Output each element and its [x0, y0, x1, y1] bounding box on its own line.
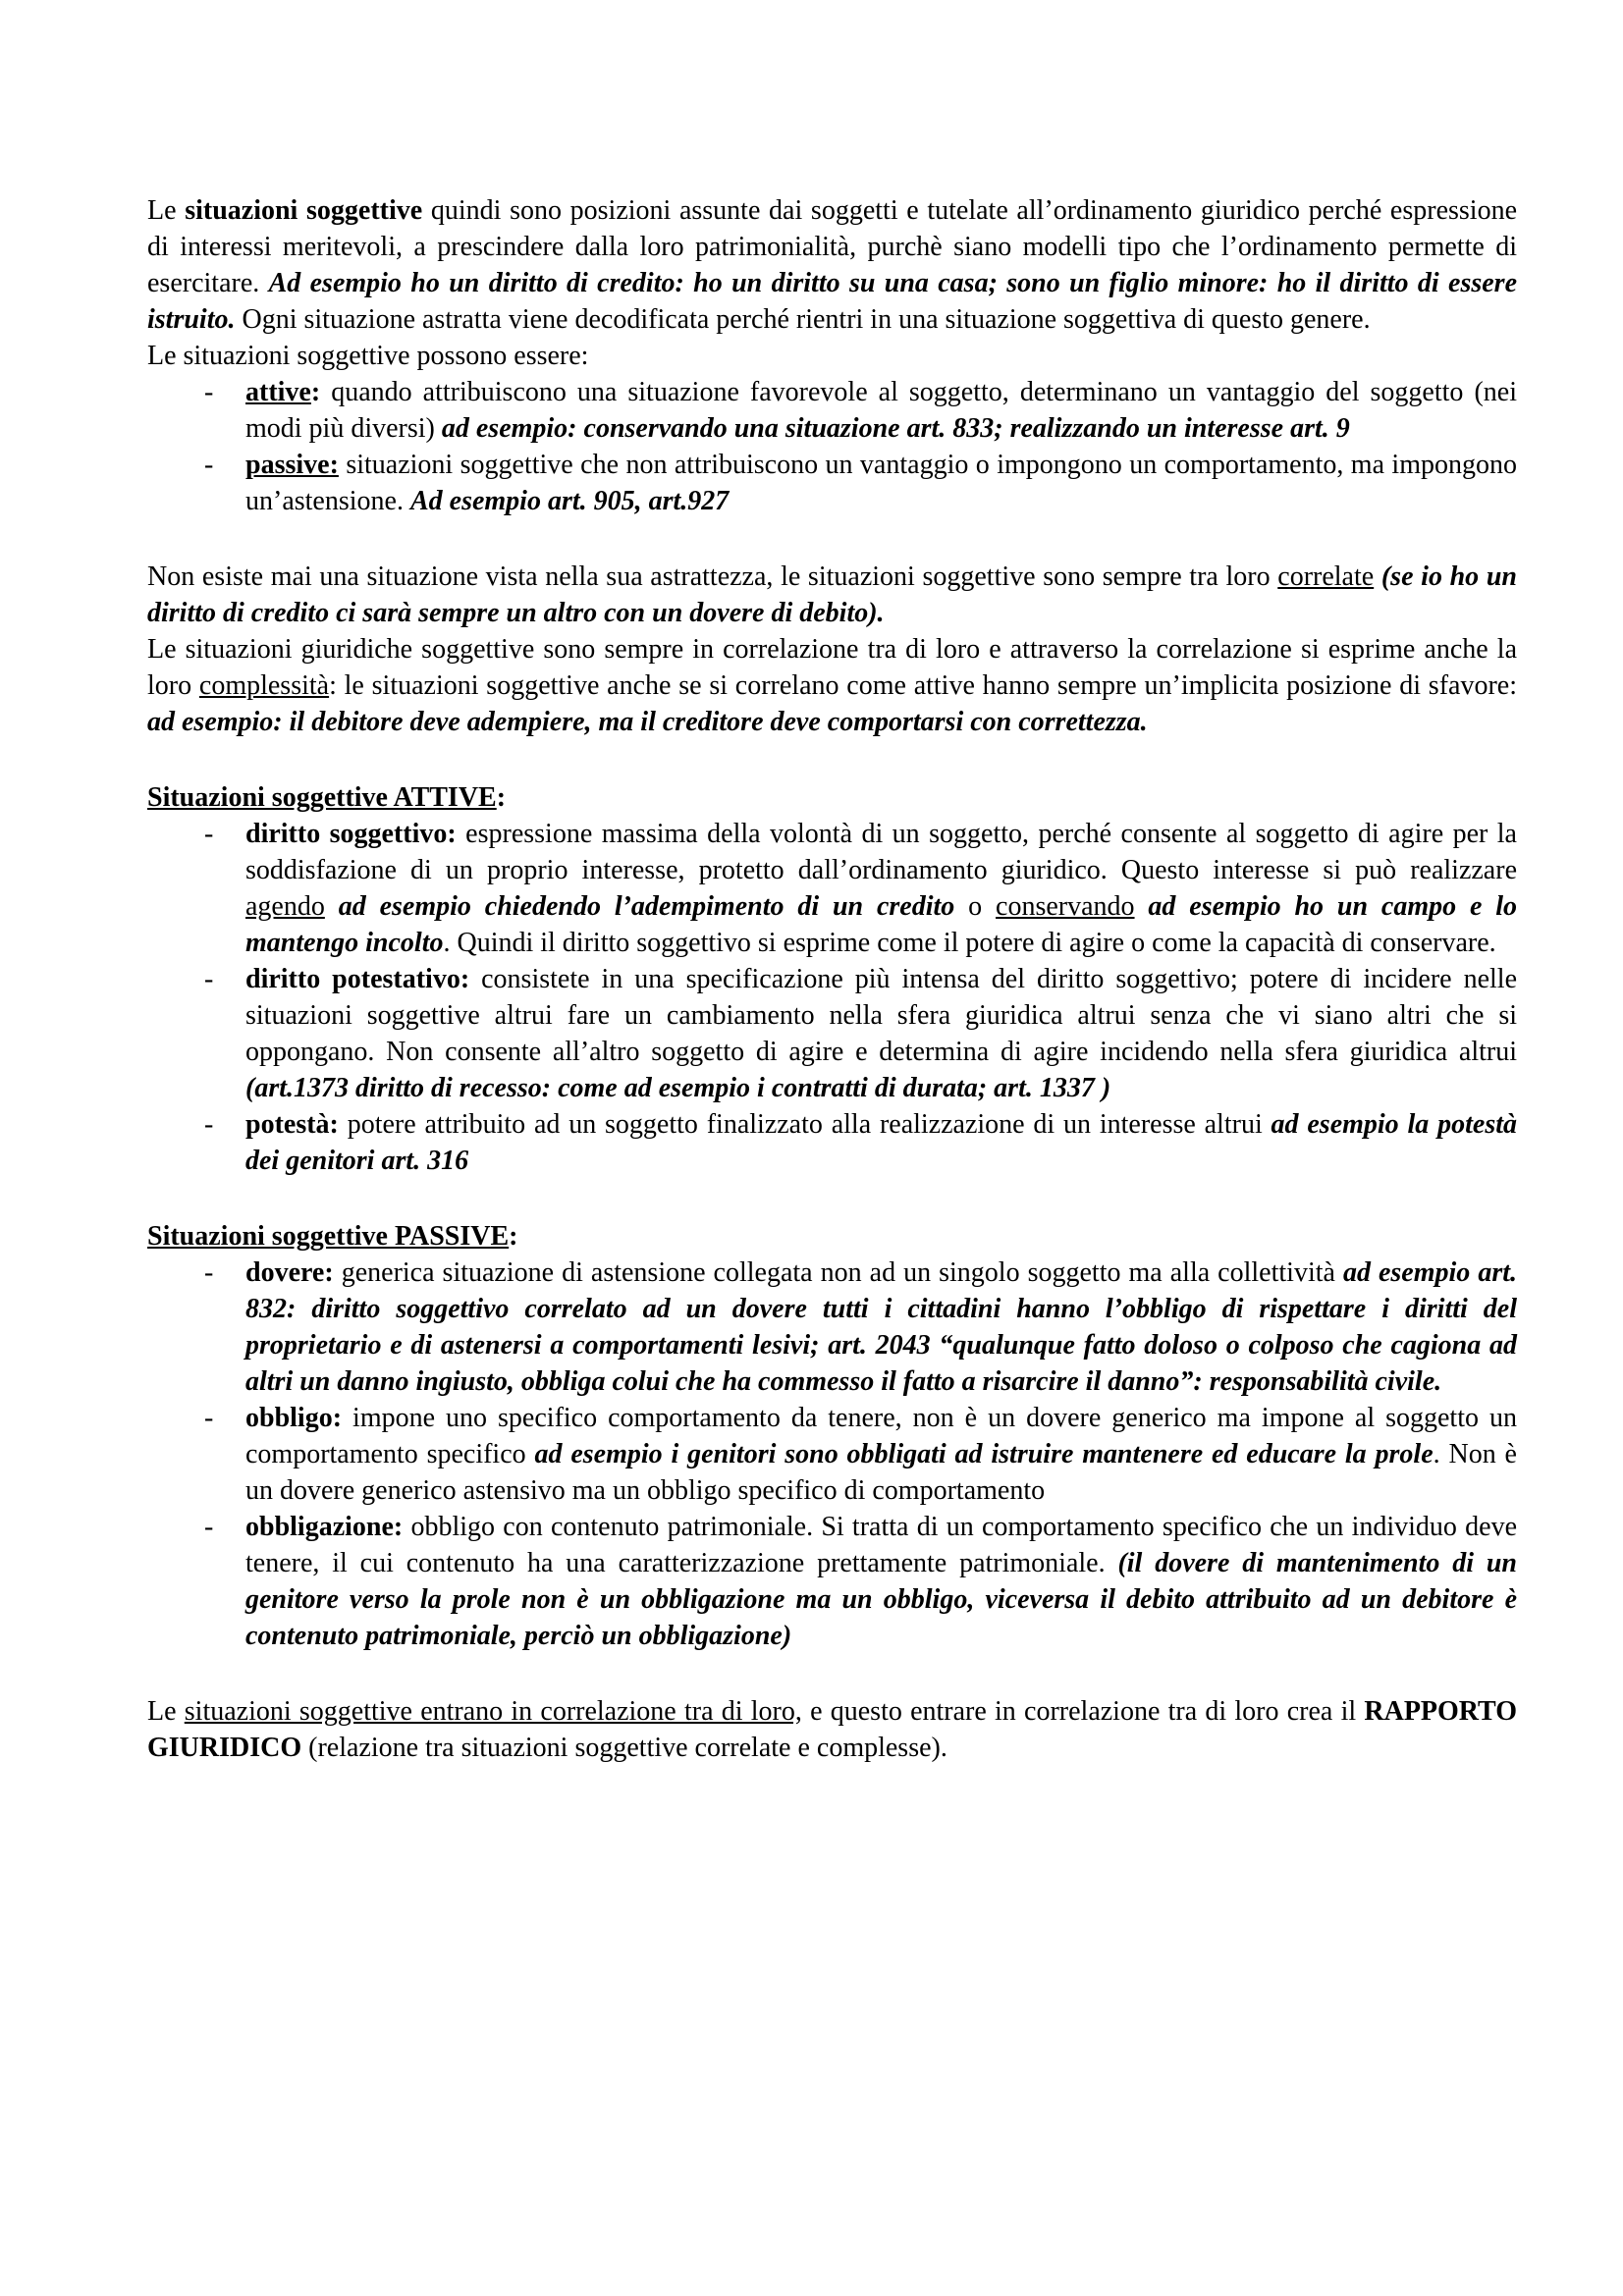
blank-line — [147, 740, 1517, 779]
text-segment: ad esempio i genitori sono obbligati ad … — [535, 1439, 1434, 1469]
text-segment: obbligazione: — [245, 1512, 403, 1542]
paragraph-intro: Le situazioni soggettive quindi sono pos… — [147, 192, 1517, 338]
text-segment: Non esiste mai una situazione vista nell… — [147, 561, 1277, 592]
text-segment: ad esempio: conservando una situazione a… — [442, 413, 1350, 444]
text-segment: conservando — [996, 891, 1135, 922]
list-item-diritto-soggettivo: diritto soggettivo: espressione massima … — [147, 816, 1517, 961]
list-item-potesta: potestà: potere attribuito ad un soggett… — [147, 1106, 1517, 1179]
list-item-attive: attive: quando attribuiscono una situazi… — [147, 374, 1517, 447]
text-segment: (art.1373 diritto di recesso: come ad es… — [245, 1073, 1110, 1103]
text-segment: Le situazioni soggettive possono essere: — [147, 341, 588, 371]
text-segment: diritto potestativo: — [245, 964, 469, 994]
text-segment: : — [509, 1221, 517, 1252]
list-item-obbligo: obbligo: impone uno specifico comportame… — [147, 1400, 1517, 1509]
text-segment: potestà: — [245, 1109, 339, 1140]
paragraph-possono-essere: Le situazioni soggettive possono essere: — [147, 338, 1517, 374]
heading-situazioni-passive: Situazioni soggettive PASSIVE: — [147, 1218, 1517, 1255]
text-segment: obbligo: — [245, 1403, 342, 1433]
document-content: Le situazioni soggettive quindi sono pos… — [147, 192, 1517, 1766]
list-situazioni-attive: diritto soggettivo: espressione massima … — [147, 816, 1517, 1179]
text-segment: ad esempio chiedendo l’adempimento di un… — [339, 891, 955, 922]
text-segment: ad esempio: il debitore deve adempiere, … — [147, 707, 1148, 737]
text-segment: . Quindi il diritto soggettivo si esprim… — [443, 928, 1495, 958]
text-segment: attive — [245, 377, 311, 407]
list-item-passive: passive: situazioni soggettive che non a… — [147, 447, 1517, 519]
text-segment: potere attribuito ad un soggetto finaliz… — [339, 1109, 1271, 1140]
text-segment — [325, 891, 339, 922]
text-segment: Ogni situazione astratta viene decodific… — [235, 304, 1370, 335]
text-segment: situazioni soggettive entrano in correla… — [185, 1696, 802, 1727]
text-segment: dovere: — [245, 1257, 334, 1288]
text-segment: Ad esempio art. 905, art.927 — [410, 486, 729, 516]
paragraph-complessita: Le situazioni giuridiche soggettive sono… — [147, 631, 1517, 740]
text-segment: : — [497, 782, 506, 813]
text-segment: : — [311, 377, 320, 407]
text-segment — [1374, 561, 1381, 592]
text-segment: (relazione tra situazioni soggettive cor… — [301, 1733, 947, 1763]
list-item-diritto-potestativo: diritto potestativo: consistete in una s… — [147, 961, 1517, 1106]
blank-line — [147, 519, 1517, 559]
document-page: Le situazioni soggettive quindi sono pos… — [0, 0, 1623, 2296]
text-segment: Situazioni soggettive ATTIVE — [147, 782, 497, 813]
text-segment: correlate — [1277, 561, 1374, 592]
text-segment: o — [954, 891, 996, 922]
text-segment: Le — [147, 1696, 185, 1727]
paragraph-correlate: Non esiste mai una situazione vista nell… — [147, 559, 1517, 631]
list-item-dovere: dovere: generica situazione di astension… — [147, 1255, 1517, 1400]
heading-situazioni-attive: Situazioni soggettive ATTIVE: — [147, 779, 1517, 816]
text-segment: complessità — [199, 670, 329, 701]
blank-line — [147, 1179, 1517, 1218]
text-segment: e questo entrare in correlazione tra di … — [802, 1696, 1365, 1727]
text-segment: Situazioni soggettive PASSIVE — [147, 1221, 509, 1252]
text-segment: : le situazioni soggettive anche se si c… — [329, 670, 1517, 701]
blank-line — [147, 1654, 1517, 1693]
list-situazioni-passive: dovere: generica situazione di astension… — [147, 1255, 1517, 1654]
text-segment: generica situazione di astensione colleg… — [334, 1257, 1343, 1288]
text-segment — [1135, 891, 1149, 922]
text-segment: Le — [147, 195, 185, 226]
list-item-obbligazione: obbligazione: obbligo con contenuto patr… — [147, 1509, 1517, 1654]
paragraph-rapporto-giuridico: Le situazioni soggettive entrano in corr… — [147, 1693, 1517, 1766]
text-segment: passive: — [245, 450, 339, 480]
text-segment: agendo — [245, 891, 325, 922]
text-segment: situazioni soggettive — [185, 195, 422, 226]
list-tipi-situazioni: attive: quando attribuiscono una situazi… — [147, 374, 1517, 519]
text-segment: diritto soggettivo: — [245, 819, 457, 849]
